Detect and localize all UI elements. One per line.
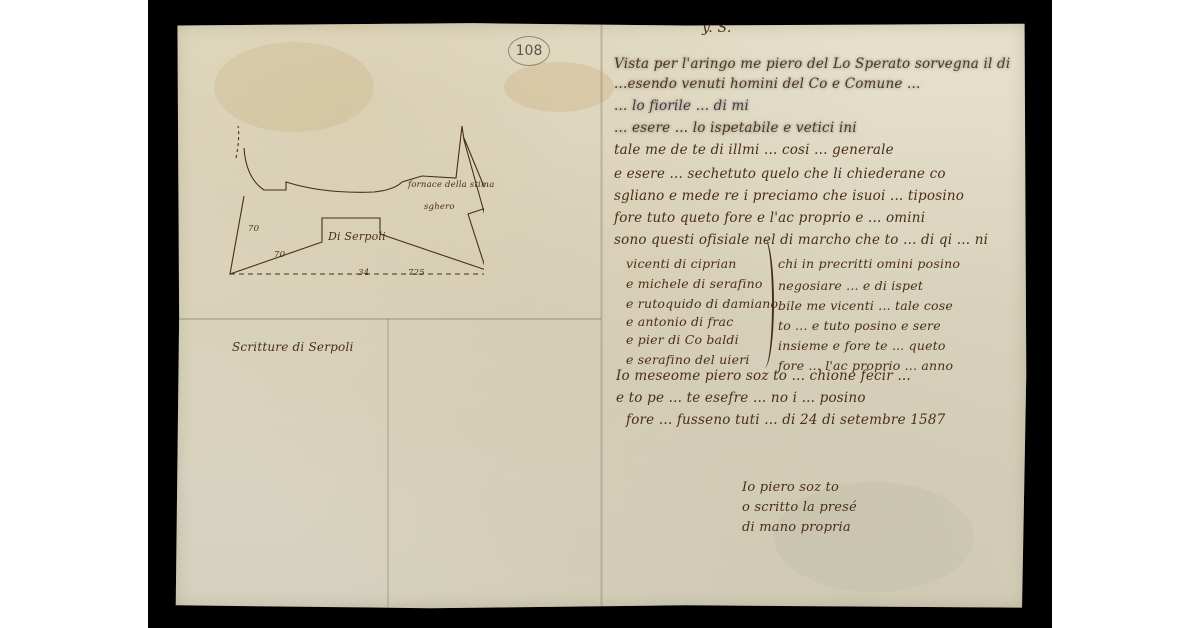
paper-stain (774, 482, 974, 592)
right-column-line: chi in precritti omini posino (778, 256, 960, 271)
endorsement-note: Scritture di Serpoli (232, 340, 354, 354)
letter-line: tale me de te di illmi ... cosi ... gene… (614, 142, 894, 158)
name-entry: e rutoquido di damiano (626, 296, 778, 311)
folio-number: 108 (508, 36, 550, 66)
name-entry: vicenti di ciprian (626, 256, 737, 271)
center-fold (600, 22, 603, 610)
paper-stain (504, 62, 614, 112)
name-entry: e michele di serafino (626, 276, 763, 291)
name-entry: e serafino del uieri (626, 352, 750, 367)
right-column-line: negosiare ... e di ispet (778, 278, 923, 293)
sketch-label-center: Di Serpoli (328, 230, 386, 243)
vertical-fold (387, 318, 389, 610)
signature-line: di mano propria (742, 520, 851, 535)
letter-line: sono questi ofisiale nel di marcho che t… (614, 232, 988, 248)
letter-line: ... lo fiorile ... di mi (614, 98, 749, 114)
letter-line: Vista per l'aringo me piero del Lo Spera… (614, 56, 1010, 72)
letter-line: ...esendo venuti homini del Co e Comune … (614, 76, 921, 92)
letter-line: e esere ... sechetuto quelo che li chied… (614, 166, 946, 182)
closing-line: e to pe ... te esefre ... no i ... posin… (616, 390, 866, 406)
brace-mark (758, 238, 774, 368)
right-column-line: to ... e tuto posino e sere (778, 318, 941, 333)
right-column-line: bile me vicenti ... tale cose (778, 298, 953, 313)
closing-line: fore ... fusseno tuti ... di 24 di setem… (626, 412, 945, 428)
sketch-label-top: fornace della stima (408, 180, 494, 190)
letter-line: ... esere ... lo ispetabile e vetici ini (614, 120, 857, 136)
signature-line: Io piero soz to (742, 480, 839, 495)
sketch-label-right: sghero (424, 202, 455, 212)
sketch-measure-left: 70 (248, 224, 259, 234)
letter-line: fore tuto queto fore e l'ac proprio e ..… (614, 210, 925, 226)
signature-line: o scritto la presé (742, 500, 857, 515)
sketch-measure-bottom-1: 34 (358, 268, 369, 278)
right-column-line: insieme e fore te ... queto (778, 338, 946, 353)
sketch-measure-bottom-left: 70 (274, 250, 285, 260)
name-entry: e pier di Co baldi (626, 332, 739, 347)
manuscript-sheet: 108 fornace della stima sghero Di Serpol… (174, 22, 1028, 610)
name-entry: e antonio di frac (626, 314, 733, 329)
closing-line: Io meseome piero soz to ... chione fecir… (616, 368, 911, 384)
letter-line: sgliano e mede re i preciamo che isuoi .… (614, 188, 964, 204)
fortification-sketch: fornace della stima sghero Di Serpoli 70… (224, 118, 484, 292)
sketch-measure-bottom-2: 725 (408, 268, 425, 278)
